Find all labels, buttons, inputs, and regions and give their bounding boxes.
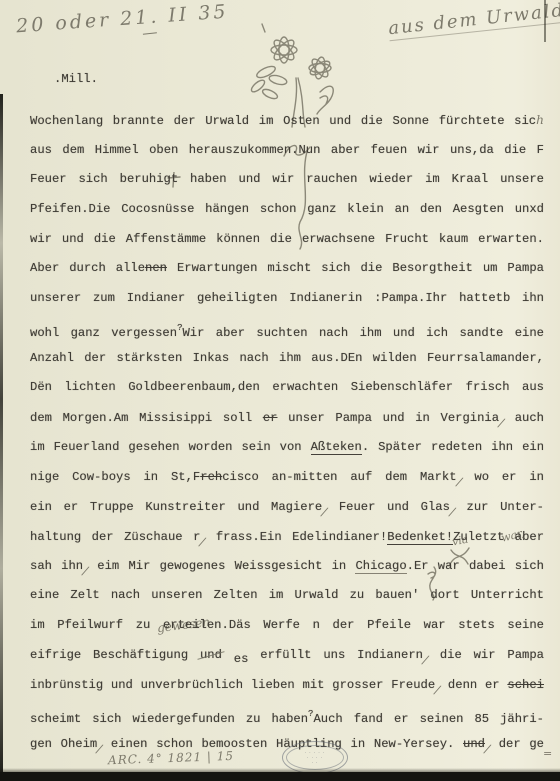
letter-line: wir und die Affenstämme können die erwac… [30, 225, 544, 255]
letter-segment: aus dem Himmel oben herauszukommen.Nun a… [30, 143, 544, 157]
letter-segment-s: schei [507, 678, 544, 692]
letter-segment: die wir Pampa [428, 648, 544, 662]
letter-segment-u: Bedenket! [387, 530, 453, 545]
letter-segment: Auch fand er seinen 85 jähri- [313, 712, 544, 726]
letter-segment: frass.Ein Edelindianer! [205, 530, 387, 544]
letter-segment: unserer zum Indianer geheiligten Indiane… [30, 291, 544, 305]
letter-segment: Pfeifen.Die Cocosnüsse hängen schon ganz… [30, 202, 544, 216]
letter-segment: erfüllt uns Indianern [248, 648, 423, 662]
letter-segment: Wir aber suchten nach ihm und ich sandte… [182, 326, 544, 340]
letter-segment: . Später redeten ihn ein [362, 440, 544, 454]
letter-line: haltung der Züschaue r/ frass.Ein Edelin… [30, 522, 544, 552]
letter-segment: cisco an-mitten auf dem Markt [222, 470, 456, 484]
letter-segment: ein er Truppe Kunstreiter und Magiere [30, 500, 322, 514]
letter-line: Dën lichten Goldbeerenbaum,den erwachten… [30, 373, 544, 403]
letter-segment: scheimt sich wiedergefunden zu haben [30, 712, 308, 726]
letter-line: Anzahl der stärksten Inkas nach ihm aus.… [30, 344, 544, 374]
letter-segment: Wochenlang brannte der Urwald im Osten u… [30, 114, 536, 128]
letter-segment: eim Mir gewogenes Weissgesicht in [88, 559, 355, 573]
letter-line: im Pfeilwurf zu erteilen.Däs Werfe n der… [30, 611, 544, 641]
letter-segment: wo er in [462, 470, 544, 484]
letter-segment: im Pfeilwurf zu erteilen.Däs Werfe n der… [30, 618, 544, 632]
letter-segment-px: und [200, 648, 222, 662]
letter-line: eine Zelt nach unseren Zelten im Urwald … [30, 581, 544, 611]
stamp-text-row: · · · · [307, 755, 323, 760]
letter-line: ein er Truppe Kunstreiter und Magiere/ F… [30, 492, 544, 522]
letter-segment: Aber durch alle [30, 261, 145, 275]
handwritten-equals-mark: = [543, 747, 552, 760]
letter-segment: unser Pampa und in Verginia [277, 411, 499, 425]
letter-line: dem Morgen.Am Missisippi soll er unser P… [30, 403, 544, 433]
letter-segment: gen Oheim [30, 737, 97, 751]
letter-segment: wir und die Affenstämme können die erwac… [30, 232, 544, 246]
letter-line: aus dem Himmel oben herauszukommen.Nun a… [30, 136, 544, 166]
letter-line: eifrige Beschäftigung und es erfüllt uns… [30, 640, 544, 670]
letter-segment: im Feuerland gesehen worden sein von [30, 440, 311, 454]
letter-segment: inbrünstig und unverbrüchlich lieben mit… [30, 678, 435, 692]
letter-segment-s: reh [200, 470, 222, 484]
letter-segment-s: nen [145, 261, 167, 275]
letter-segment: Dën lichten Goldbeerenbaum,den erwachten… [30, 380, 544, 394]
letter-line: nige Cow-boys in St,Frehcisco an-mitten … [30, 462, 544, 492]
letter-segment-pn: h [536, 113, 544, 127]
letter-line: wohl ganz vergessen?Wir aber suchten nac… [30, 314, 544, 344]
stamp-text-row: · · · · · [305, 750, 325, 755]
letter-segment-s: er [263, 411, 278, 425]
letter-line: im Feuerland gesehen worden sein von Aßt… [30, 433, 544, 463]
letter-line: unserer zum Indianer geheiligten Indiane… [30, 284, 544, 314]
handwritten-title: aus dem Urwald [387, 0, 560, 41]
letter-segment: denn er [440, 678, 507, 692]
letter-line: sah ihn/ eim Mir gewogenes Weissgesicht … [30, 551, 544, 581]
letter-segment-pu: Chicago [355, 559, 406, 574]
letter-segment: Feuer sich beruhigt haben und wir rauche… [30, 172, 544, 186]
letter-segment: sah ihn [30, 559, 83, 573]
letter-segment: zur Unter- [455, 500, 544, 514]
letter-segment-u: Aßteken [311, 440, 362, 455]
letter-line: Aber durch allenen Erwartungen mischt si… [30, 254, 544, 284]
paper-crease [544, 0, 546, 42]
stamp-text-row: · · [312, 760, 319, 765]
letter-segment: Feuer und Glas [327, 500, 450, 514]
photo-bottom-edge [0, 772, 560, 781]
letter-segment-low: es [234, 645, 249, 675]
letter-line: scheimt sich wiedergefunden zu haben?Auc… [30, 700, 544, 730]
letter-segment: eifrige Beschäftigung [30, 648, 200, 662]
typewritten-letter-page: 20 oder 21. II 35 aus dem Urwald via war… [0, 0, 560, 781]
letter-segment: wohl ganz vergessen [30, 326, 177, 340]
letter-body: Wochenlang brannte der Urwald im Osten u… [30, 106, 544, 759]
letter-segment: haltung der Züschaue r [30, 530, 200, 544]
letter-segment: .Er war dabei sich [407, 559, 544, 573]
letter-line: Feuer sich beruhigt haben und wir rauche… [30, 165, 544, 195]
letter-segment: auch [504, 411, 544, 425]
letter-segment: eine Zelt nach unseren Zelten im Urwald … [30, 588, 544, 602]
date-underline-mark [143, 32, 157, 36]
handwritten-date: 20 oder 21. II 35 [15, 1, 229, 38]
salutation: .Mill. [54, 72, 98, 86]
letter-segment: Anzahl der stärksten Inkas nach ihm aus.… [30, 351, 544, 365]
letter-segment-s: und [463, 737, 485, 751]
letter-segment: der ge [490, 737, 544, 751]
photo-left-edge [0, 94, 3, 772]
letter-segment: Zuletzt aber [453, 530, 544, 544]
letter-segment: einen schon bemoosten Häuptling in New-Y… [102, 737, 463, 751]
letter-segment: nige Cow-boys in St,F [30, 470, 200, 484]
letter-segment: Erwartungen mischt sich die Besorgtheit … [167, 261, 544, 275]
letter-line: Pfeifen.Die Cocosnüsse hängen schon ganz… [30, 195, 544, 225]
letter-line: Wochenlang brannte der Urwald im Osten u… [30, 106, 544, 136]
letter-line: inbrünstig und unverbrüchlich lieben mit… [30, 670, 544, 700]
letter-segment: dem Morgen.Am Missisippi soll [30, 411, 263, 425]
